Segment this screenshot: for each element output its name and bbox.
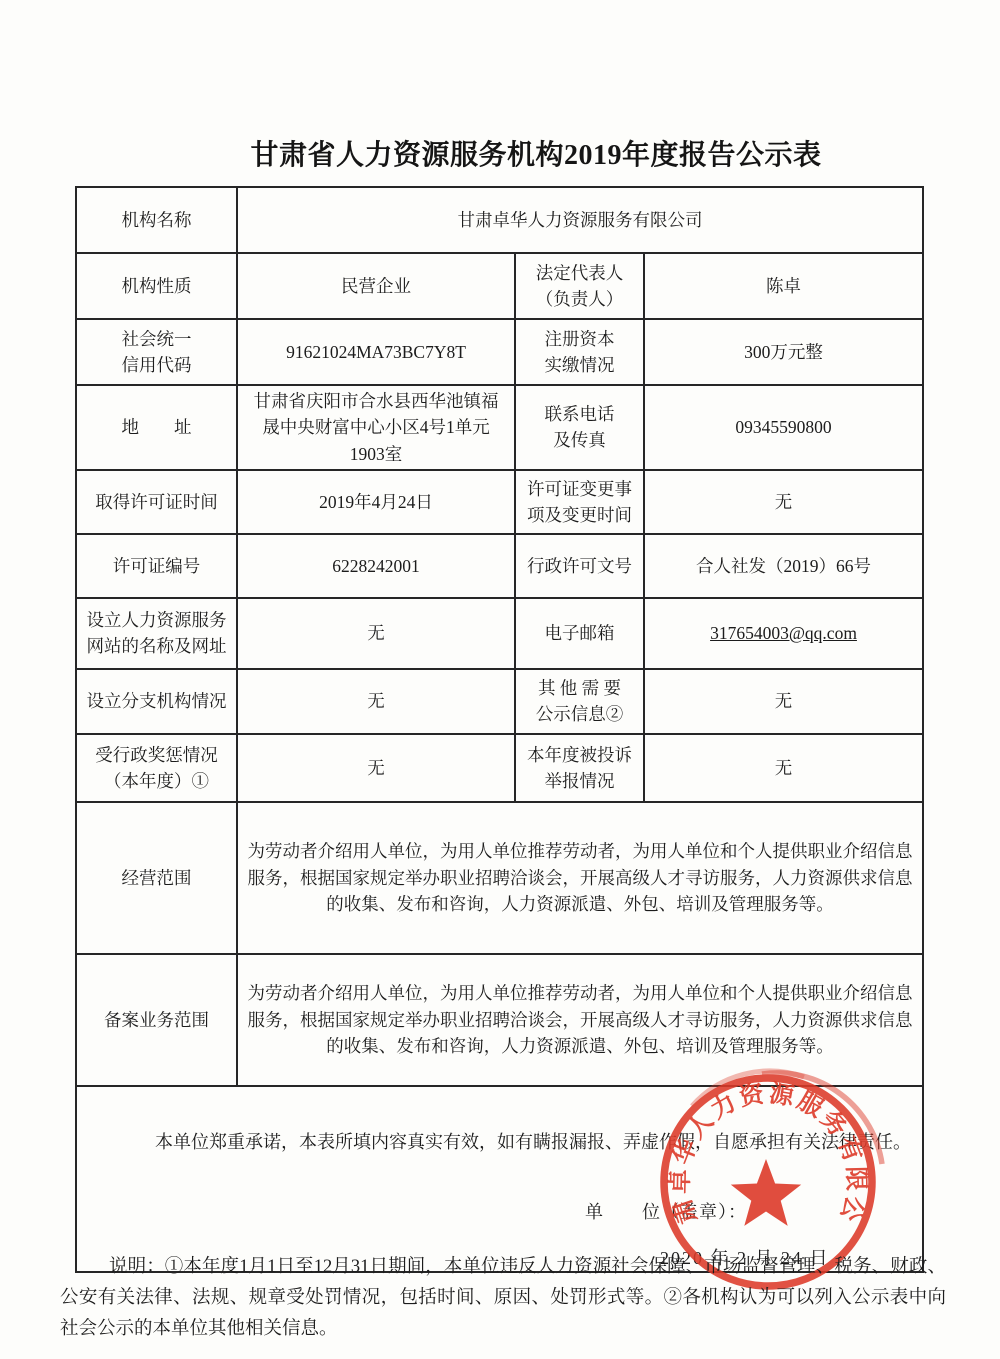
license-change-value: 无 [644, 470, 923, 534]
website-label: 设立人力资源服务 网站的名称及网址 [76, 598, 237, 669]
email-cell: 317654003@qq.com [644, 598, 923, 669]
business-scope-value: 为劳动者介绍用人单位，为用人单位推荐劳动者，为用人单位和个人提供职业介绍信息服务… [237, 802, 923, 954]
other-info-value: 无 [644, 669, 923, 734]
table-row: 备案业务范围 为劳动者介绍用人单位，为用人单位推荐劳动者，为用人单位和个人提供职… [76, 954, 923, 1086]
license-change-label: 许可证变更事 项及变更时间 [515, 470, 644, 534]
phone-fax-label: 联系电话 及传真 [515, 385, 644, 470]
unit-seal-label: 单 位（盖章）： [585, 1199, 747, 1226]
website-value: 无 [237, 598, 515, 669]
reg-capital-label: 注册资本 实缴情况 [515, 319, 644, 385]
page-title: 甘肃省人力资源服务机构2019年度报告公示表 [72, 133, 1000, 173]
credit-code-value: 91621024MA73BC7Y8T [237, 319, 515, 385]
table-row: 经营范围 为劳动者介绍用人单位，为用人单位推荐劳动者，为用人单位和个人提供职业介… [76, 802, 923, 954]
complaints-label: 本年度被投诉 举报情况 [515, 734, 644, 802]
report-table: 机构名称 甘肃卓华人力资源服务有限公司 机构性质 民营企业 法定代表人 （负责人… [75, 186, 924, 1273]
table-row: 本单位郑重承诺，本表所填内容真实有效，如有瞒报漏报、弄虚作假，自愿承担有关法律责… [76, 1086, 923, 1272]
filed-scope-label: 备案业务范围 [76, 954, 237, 1086]
table-row: 机构性质 民营企业 法定代表人 （负责人） 陈卓 [76, 253, 923, 319]
awards-label: 受行政奖惩情况 （本年度）① [76, 734, 237, 802]
org-type-value: 民营企业 [237, 253, 515, 319]
complaints-value: 无 [644, 734, 923, 802]
license-no-label: 许可证编号 [76, 534, 237, 598]
other-info-label: 其 他 需 要 公示信息② [515, 669, 644, 734]
scanned-document-page: 甘肃省人力资源服务机构2019年度报告公示表 机构名称 甘肃卓华人力资源服务有限… [0, 0, 1000, 1359]
table-row: 地 址 甘肃省庆阳市合水县西华池镇福晟中央财富中心小区4号1单元1903室 联系… [76, 385, 923, 470]
email-value: 317654003@qq.com [710, 623, 857, 643]
table-row: 机构名称 甘肃卓华人力资源服务有限公司 [76, 187, 923, 253]
reg-capital-value: 300万元整 [644, 319, 923, 385]
address-label: 地 址 [76, 385, 237, 470]
org-name-value: 甘肃卓华人力资源服务有限公司 [237, 187, 923, 253]
footnote: 说明：①本年度1月1日至12月31日期间，本单位违反人力资源社会保障、市场监督管… [60, 1252, 946, 1345]
phone-fax-value: 09345590800 [644, 385, 923, 470]
license-date-label: 取得许可证时间 [76, 470, 237, 534]
admin-doc-no-value: 合人社发（2019）66号 [644, 534, 923, 598]
pledge-statement: 本单位郑重承诺，本表所填内容真实有效，如有瞒报漏报、弄虚作假，自愿承担有关法律责… [155, 1129, 911, 1156]
table-row: 设立人力资源服务 网站的名称及网址 无 电子邮箱 317654003@qq.co… [76, 598, 923, 669]
license-no-value: 6228242001 [237, 534, 515, 598]
org-name-label: 机构名称 [76, 187, 237, 253]
legal-rep-label: 法定代表人 （负责人） [515, 253, 644, 319]
table-row: 许可证编号 6228242001 行政许可文号 合人社发（2019）66号 [76, 534, 923, 598]
legal-rep-value: 陈卓 [644, 253, 923, 319]
table-row: 受行政奖惩情况 （本年度）① 无 本年度被投诉 举报情况 无 [76, 734, 923, 802]
address-value: 甘肃省庆阳市合水县西华池镇福晟中央财富中心小区4号1单元1903室 [237, 385, 515, 470]
branch-value: 无 [237, 669, 515, 734]
table-row: 取得许可证时间 2019年4月24日 许可证变更事 项及变更时间 无 [76, 470, 923, 534]
filed-scope-value: 为劳动者介绍用人单位，为用人单位推荐劳动者，为用人单位和个人提供职业介绍信息服务… [237, 954, 923, 1086]
awards-value: 无 [237, 734, 515, 802]
table-row: 社会统一 信用代码 91621024MA73BC7Y8T 注册资本 实缴情况 3… [76, 319, 923, 385]
email-label: 电子邮箱 [515, 598, 644, 669]
org-type-label: 机构性质 [76, 253, 237, 319]
pledge-section: 本单位郑重承诺，本表所填内容真实有效，如有瞒报漏报、弄虚作假，自愿承担有关法律责… [76, 1086, 923, 1272]
table-row: 设立分支机构情况 无 其 他 需 要 公示信息② 无 [76, 669, 923, 734]
credit-code-label: 社会统一 信用代码 [76, 319, 237, 385]
admin-doc-no-label: 行政许可文号 [515, 534, 644, 598]
license-date-value: 2019年4月24日 [237, 470, 515, 534]
branch-label: 设立分支机构情况 [76, 669, 237, 734]
business-scope-label: 经营范围 [76, 802, 237, 954]
